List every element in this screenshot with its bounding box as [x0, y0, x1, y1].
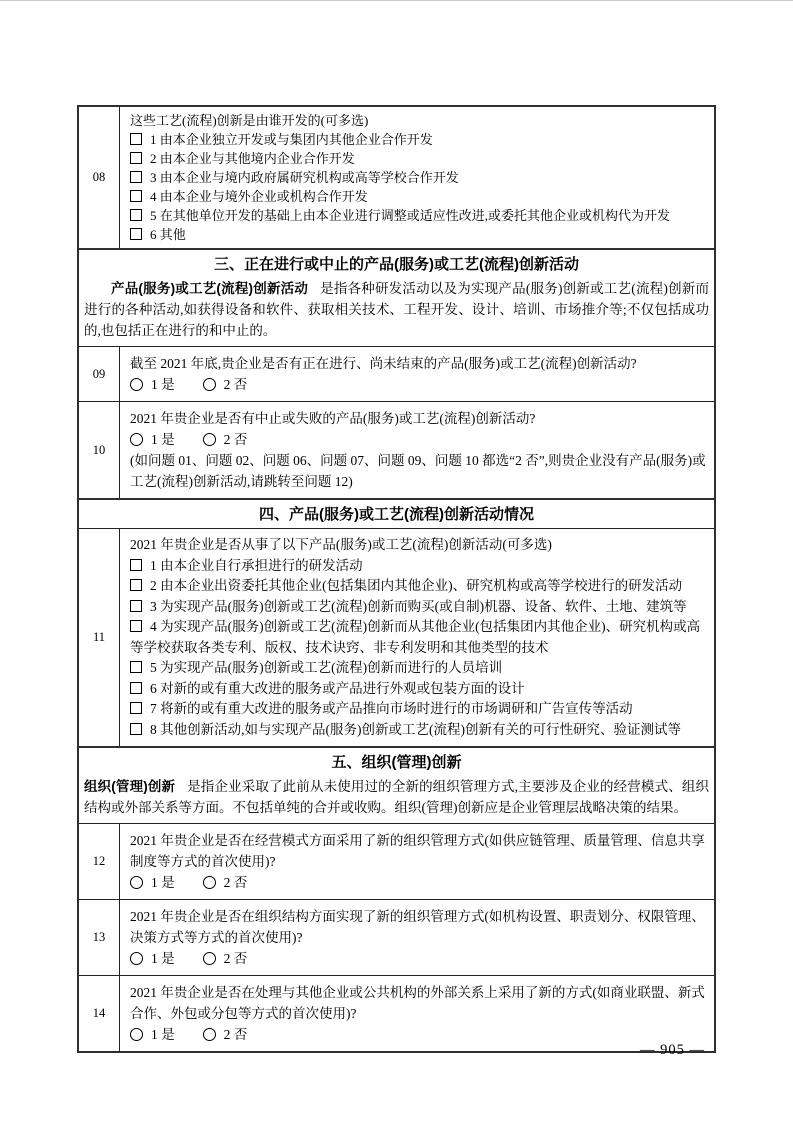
radio-option[interactable]: 2 否: [203, 948, 248, 969]
page-number: — 905 —: [640, 1042, 705, 1059]
radio-option[interactable]: 1 是: [130, 429, 175, 450]
section-block-5: 五、组织(管理)创新 组织(管理)创新是指企业采取了此前从未使用过的全新的组织管…: [77, 746, 716, 1053]
question-prompt-09: 截至 2021 年底,贵企业是否有正在进行、尚未结束的产品(服务)或工艺(流程)…: [130, 353, 706, 374]
checkbox-option[interactable]: 3 为实现产品(服务)创新或工艺(流程)创新而购买(或自制)机器、设备、软件、土…: [130, 597, 706, 618]
checkbox-icon[interactable]: [130, 228, 142, 240]
checkbox-option[interactable]: 6 对新的或有重大改进的服务或产品进行外观或包装方面的设计: [130, 679, 706, 700]
question-row-09: 09 截至 2021 年底,贵企业是否有正在进行、尚未结束的产品(服务)或工艺(…: [79, 346, 714, 401]
checkbox-option[interactable]: 2 由本企业与其他境内企业合作开发: [130, 149, 706, 168]
definition-text-5: 是指企业采取了此前从未使用过的全新的组织管理方式,主要涉及企业的经营模式、组织结…: [84, 779, 709, 815]
question-content-08: 这些工艺(流程)创新是由谁开发的(可多选) 1 由本企业独立开发或与集团内其他企…: [120, 107, 714, 248]
checkbox-option[interactable]: 1 由本企业自行承担进行的研发活动: [130, 556, 706, 577]
radio-icon[interactable]: [130, 952, 143, 965]
checkbox-option-label: 5 在其他单位开发的基础上由本企业进行调整或适应性改进,或委托其他企业或机构代为…: [150, 208, 670, 223]
scan-edge-artifact: [0, 0, 793, 1]
checkbox-option[interactable]: 7 将新的或有重大改进的服务或产品推向市场时进行的市场调研和广告宣传等活动: [130, 699, 706, 720]
radio-icon[interactable]: [203, 952, 216, 965]
checkbox-icon[interactable]: [130, 579, 142, 591]
checkbox-icon[interactable]: [130, 133, 142, 145]
checkbox-icon[interactable]: [130, 171, 142, 183]
checkbox-option-label: 4 由本企业与境外企业或机构合作开发: [150, 189, 368, 204]
question-prompt-12: 2021 年贵企业是否在经营模式方面采用了新的组织管理方式(如供应链管理、质量管…: [130, 830, 706, 872]
checkbox-icon[interactable]: [130, 559, 142, 571]
checkbox-option[interactable]: 4 为实现产品(服务)创新或工艺(流程)创新而从其他企业(包括集团内其他企业)、…: [130, 617, 706, 658]
radio-option[interactable]: 1 是: [130, 948, 175, 969]
question-content-10: 2021 年贵企业是否有中止或失败的产品(服务)或工艺(流程)创新活动? 1 是…: [120, 402, 714, 498]
checkbox-icon[interactable]: [130, 152, 142, 164]
radio-icon[interactable]: [130, 378, 143, 391]
checkbox-option[interactable]: 6 其他: [130, 225, 706, 244]
section-description-3: 产品(服务)或工艺(流程)创新活动是指各种研发活动以及为实现产品(服务)创新或工…: [79, 278, 714, 346]
checkbox-icon[interactable]: [130, 209, 142, 221]
checkbox-option-label: 1 由本企业独立开发或与集团内其他企业合作开发: [150, 132, 433, 147]
radio-option-list-10: 1 是 2 否: [130, 429, 706, 450]
checkbox-option-label: 6 对新的或有重大改进的服务或产品进行外观或包装方面的设计: [150, 681, 525, 696]
radio-option-label: 1 是: [151, 948, 175, 969]
radio-icon[interactable]: [203, 378, 216, 391]
radio-option[interactable]: 2 否: [203, 429, 248, 450]
checkbox-option-label: 6 其他: [150, 227, 186, 242]
radio-icon[interactable]: [130, 433, 143, 446]
checkbox-option[interactable]: 2 由本企业出资委托其他企业(包括集团内其他企业)、研究机构或高等学校进行的研发…: [130, 576, 706, 597]
checkbox-option[interactable]: 5 为实现产品(服务)创新或工艺(流程)创新而进行的人员培训: [130, 658, 706, 679]
skip-instruction-note: (如问题 01、问题 02、问题 06、问题 07、问题 09、问题 10 都选…: [130, 450, 706, 492]
question-number-08: 08: [79, 107, 120, 248]
radio-option-label: 1 是: [151, 1024, 175, 1045]
questionnaire-form: 08 这些工艺(流程)创新是由谁开发的(可多选) 1 由本企业独立开发或与集团内…: [77, 105, 716, 1053]
checkbox-icon[interactable]: [130, 702, 142, 714]
checkbox-option-label: 8 其他创新活动,如与实现产品(服务)创新或工艺(流程)创新有关的可行性研究、验…: [150, 722, 681, 737]
section-block-3: 三、正在进行或中止的产品(服务)或工艺(流程)创新活动 产品(服务)或工艺(流程…: [77, 248, 716, 500]
radio-option[interactable]: 2 否: [203, 872, 248, 893]
radio-option-label: 2 否: [224, 872, 248, 893]
checkbox-option-label: 5 为实现产品(服务)创新或工艺(流程)创新而进行的人员培训: [150, 660, 502, 675]
question-number-12: 12: [79, 824, 120, 899]
question-content-12: 2021 年贵企业是否在经营模式方面采用了新的组织管理方式(如供应链管理、质量管…: [120, 824, 714, 899]
radio-option-label: 2 否: [224, 948, 248, 969]
radio-option-list-13: 1 是 2 否: [130, 948, 706, 969]
question-row-10: 10 2021 年贵企业是否有中止或失败的产品(服务)或工艺(流程)创新活动? …: [79, 401, 714, 498]
radio-icon[interactable]: [203, 876, 216, 889]
question-prompt-14: 2021 年贵企业是否在处理与其他企业或公共机构的外部关系上采用了新的方式(如商…: [130, 982, 706, 1024]
radio-option-label: 2 否: [224, 429, 248, 450]
checkbox-option[interactable]: 3 由本企业与境内政府属研究机构或高等学校合作开发: [130, 168, 706, 187]
radio-icon[interactable]: [203, 433, 216, 446]
radio-option-label: 2 否: [224, 374, 248, 395]
checkbox-icon[interactable]: [130, 620, 142, 632]
checkbox-icon[interactable]: [130, 190, 142, 202]
checkbox-option-label: 3 由本企业与境内政府属研究机构或高等学校合作开发: [150, 170, 459, 185]
section-title-5: 五、组织(管理)创新: [79, 748, 714, 776]
question-prompt-11: 2021 年贵企业是否从事了以下产品(服务)或工艺(流程)创新活动(可多选): [130, 535, 706, 556]
radio-option-label: 2 否: [224, 1024, 248, 1045]
radio-option-label: 1 是: [151, 429, 175, 450]
question-content-14: 2021 年贵企业是否在处理与其他企业或公共机构的外部关系上采用了新的方式(如商…: [120, 976, 714, 1051]
section-title-3: 三、正在进行或中止的产品(服务)或工艺(流程)创新活动: [79, 250, 714, 278]
checkbox-option[interactable]: 5 在其他单位开发的基础上由本企业进行调整或适应性改进,或委托其他企业或机构代为…: [130, 206, 706, 225]
radio-icon[interactable]: [203, 1028, 216, 1041]
radio-option[interactable]: 2 否: [203, 374, 248, 395]
radio-option[interactable]: 2 否: [203, 1024, 248, 1045]
checkbox-icon[interactable]: [130, 682, 142, 694]
checkbox-option-label: 2 由本企业出资委托其他企业(包括集团内其他企业)、研究机构或高等学校进行的研发…: [150, 578, 682, 593]
radio-option-label: 1 是: [151, 374, 175, 395]
radio-option-label: 1 是: [151, 872, 175, 893]
checkbox-option-label: 4 为实现产品(服务)创新或工艺(流程)创新而从其他企业(包括集团内其他企业)、…: [130, 619, 700, 655]
radio-option-list-12: 1 是 2 否: [130, 872, 706, 893]
question-row-14: 14 2021 年贵企业是否在处理与其他企业或公共机构的外部关系上采用了新的方式…: [79, 975, 714, 1051]
checkbox-icon[interactable]: [130, 661, 142, 673]
section-title-4: 四、产品(服务)或工艺(流程)创新活动情况: [79, 500, 714, 528]
question-row-11: 11 2021 年贵企业是否从事了以下产品(服务)或工艺(流程)创新活动(可多选…: [79, 528, 714, 746]
question-prompt-10: 2021 年贵企业是否有中止或失败的产品(服务)或工艺(流程)创新活动?: [130, 408, 706, 429]
question-number-11: 11: [79, 529, 120, 746]
question-prompt-08: 这些工艺(流程)创新是由谁开发的(可多选): [130, 111, 706, 130]
question-number-14: 14: [79, 976, 120, 1051]
checkbox-option-label: 7 将新的或有重大改进的服务或产品推向市场时进行的市场调研和广告宣传等活动: [150, 701, 633, 716]
question-row-13: 13 2021 年贵企业是否在组织结构方面实现了新的组织管理方式(如机构设置、职…: [79, 899, 714, 975]
question-number-13: 13: [79, 900, 120, 975]
checkbox-option[interactable]: 8 其他创新活动,如与实现产品(服务)创新或工艺(流程)创新有关的可行性研究、验…: [130, 720, 706, 741]
radio-icon[interactable]: [130, 876, 143, 889]
radio-option[interactable]: 1 是: [130, 872, 175, 893]
checkbox-option-list-11: 1 由本企业自行承担进行的研发活动 2 由本企业出资委托其他企业(包括集团内其他…: [130, 556, 706, 741]
radio-option[interactable]: 1 是: [130, 374, 175, 395]
checkbox-option-list-08: 1 由本企业独立开发或与集团内其他企业合作开发 2 由本企业与其他境内企业合作开…: [130, 130, 706, 244]
question-content-09: 截至 2021 年底,贵企业是否有正在进行、尚未结束的产品(服务)或工艺(流程)…: [120, 347, 714, 401]
section-block-q08: 08 这些工艺(流程)创新是由谁开发的(可多选) 1 由本企业独立开发或与集团内…: [77, 105, 716, 250]
definition-term-5: 组织(管理)创新: [84, 779, 175, 794]
radio-option[interactable]: 1 是: [130, 1024, 175, 1045]
question-prompt-13: 2021 年贵企业是否在组织结构方面实现了新的组织管理方式(如机构设置、职责划分…: [130, 906, 706, 948]
checkbox-icon[interactable]: [130, 723, 142, 735]
checkbox-option-label: 3 为实现产品(服务)创新或工艺(流程)创新而购买(或自制)机器、设备、软件、土…: [150, 599, 687, 614]
definition-term-3: 产品(服务)或工艺(流程)创新活动: [111, 281, 308, 296]
checkbox-option-label: 2 由本企业与其他境内企业合作开发: [150, 151, 355, 166]
question-row-08: 08 这些工艺(流程)创新是由谁开发的(可多选) 1 由本企业独立开发或与集团内…: [79, 107, 714, 248]
question-content-13: 2021 年贵企业是否在组织结构方面实现了新的组织管理方式(如机构设置、职责划分…: [120, 900, 714, 975]
section-block-4: 四、产品(服务)或工艺(流程)创新活动情况 11 2021 年贵企业是否从事了以…: [77, 498, 716, 748]
checkbox-option[interactable]: 1 由本企业独立开发或与集团内其他企业合作开发: [130, 130, 706, 149]
question-row-12: 12 2021 年贵企业是否在经营模式方面采用了新的组织管理方式(如供应链管理、…: [79, 823, 714, 899]
checkbox-option[interactable]: 4 由本企业与境外企业或机构合作开发: [130, 187, 706, 206]
radio-icon[interactable]: [130, 1028, 143, 1041]
section-description-5: 组织(管理)创新是指企业采取了此前从未使用过的全新的组织管理方式,主要涉及企业的…: [79, 776, 714, 823]
question-content-11: 2021 年贵企业是否从事了以下产品(服务)或工艺(流程)创新活动(可多选) 1…: [120, 529, 714, 746]
radio-option-list-14: 1 是 2 否: [130, 1024, 706, 1045]
radio-option-list-09: 1 是 2 否: [130, 374, 706, 395]
checkbox-option-label: 1 由本企业自行承担进行的研发活动: [150, 558, 363, 573]
checkbox-icon[interactable]: [130, 600, 142, 612]
question-number-10: 10: [79, 402, 120, 498]
question-number-09: 09: [79, 347, 120, 401]
